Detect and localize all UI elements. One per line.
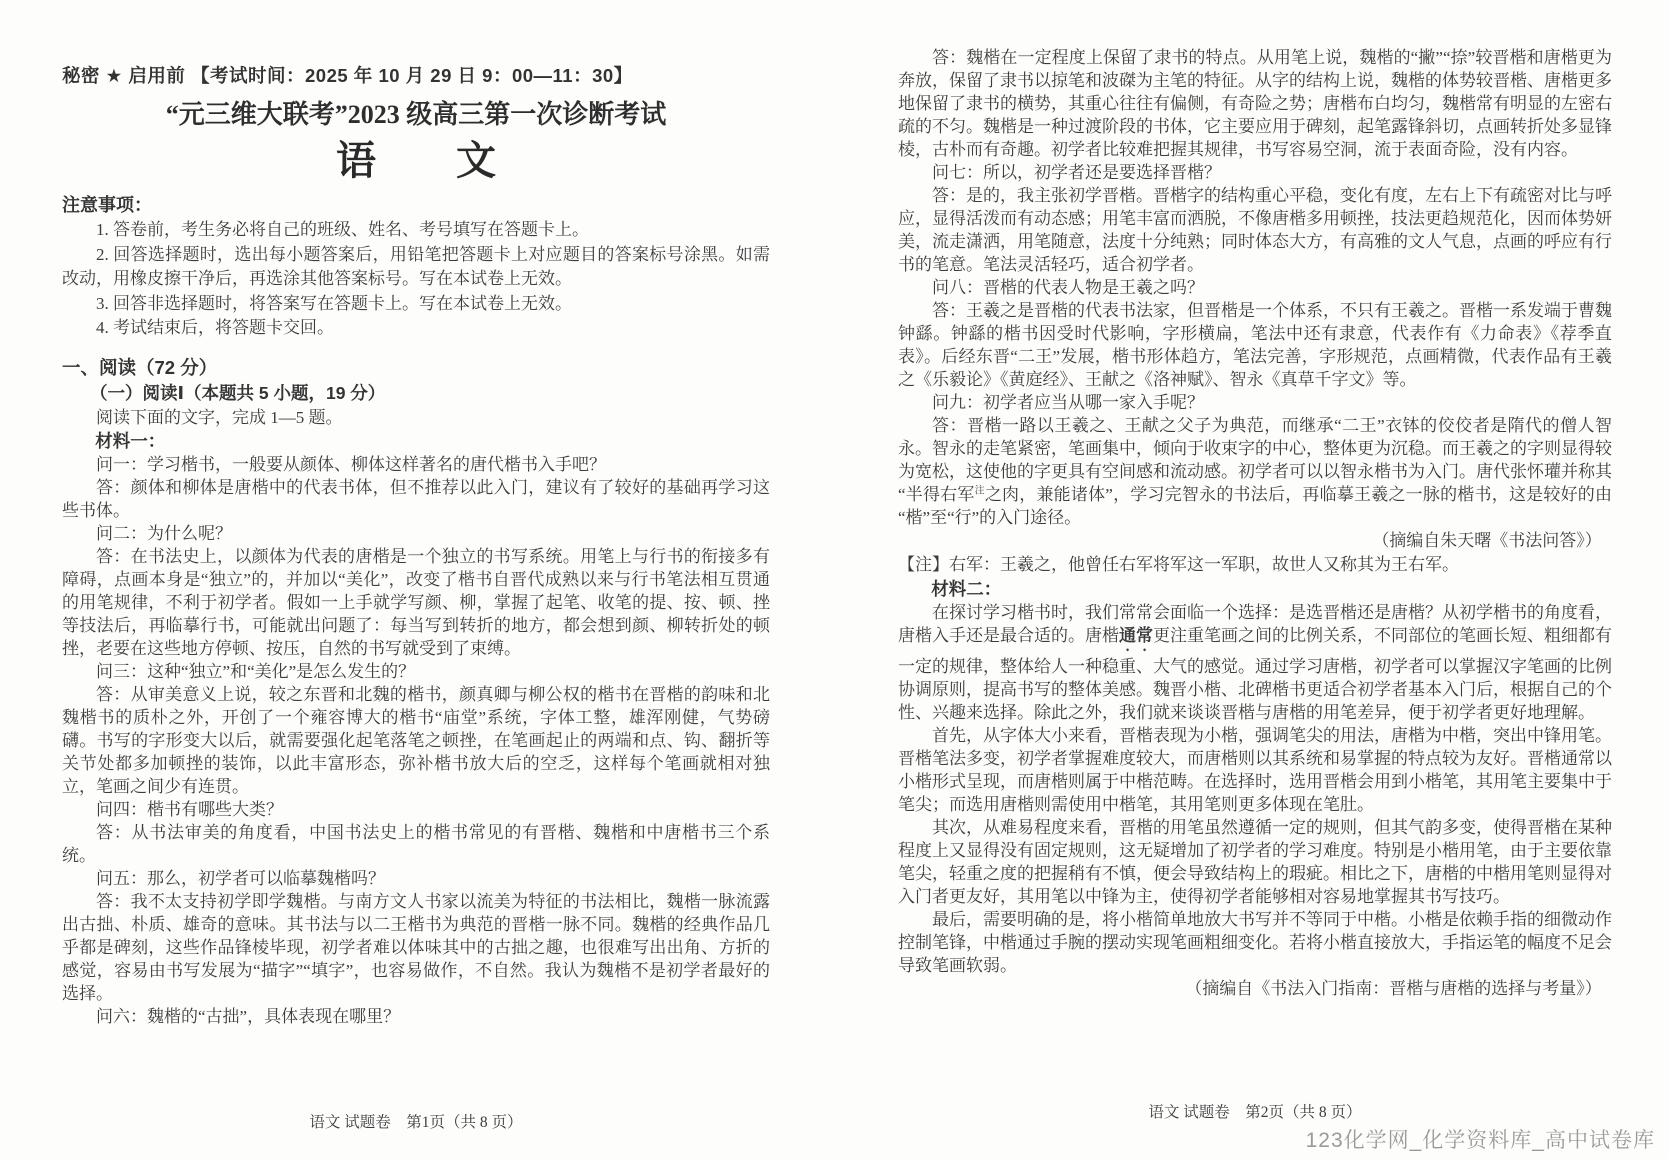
page-footer-page1: 语文 试题卷 第1页（共 8 页） bbox=[62, 1110, 770, 1132]
material-two-paragraph: 首先，从字体大小来看，晋楷表现为小楷，强调笔尖的用法，唐楷为中楷，突出中锋用笔。… bbox=[898, 724, 1612, 816]
notice-section: 注意事项： 1. 答卷前，考生务必将自己的班级、姓名、考号填写在答题卡上。2. … bbox=[62, 192, 770, 341]
exam-title: “元三维大联考”2023 级高三第一次诊断考试 bbox=[62, 98, 770, 132]
material-one-paragraph: 答：魏楷在一定程度上保留了隶书的特点。从用笔上说，魏楷的“撇”“捺”较晋楷和唐楷… bbox=[898, 46, 1612, 161]
material-one-paragraph: 问四：楷书有哪些大类？ bbox=[62, 798, 770, 821]
material-two-paragraph: 其次，从难易程度来看，晋楷的用笔虽然遵循一定的规则，但其气韵多变，使得晋楷在某种… bbox=[898, 816, 1612, 908]
notice-heading: 注意事项： bbox=[62, 192, 770, 218]
footnote-marker: 注 bbox=[975, 485, 985, 496]
notice-item: 2. 回答选择题时，选出每小题答案后，用铅笔把答题卡上对应题目的答案标号涂黑。如… bbox=[62, 243, 770, 292]
footnote-line: 【注】右军：王羲之，他曾任右军将军这一军职，故世人又称其为王右军。 bbox=[898, 553, 1612, 577]
subject-title: 语 文 bbox=[62, 136, 770, 186]
attribution-material-two: （摘编自《书法入门指南：晋楷与唐楷的选择与考量》） bbox=[898, 977, 1612, 1001]
material-two-paragraph: 最后，需要明确的是，将小楷简单地放大书写并不等同于中楷。小楷是依赖手指的细微动作… bbox=[898, 908, 1612, 977]
material-one-paragraph: 问三：这种“独立”和“美化”是怎么发生的？ bbox=[62, 660, 770, 683]
material-one-paragraph: 答：从书法审美的角度看，中国书法史上的楷书常见的有晋楷、魏楷和中唐楷书三个系统。 bbox=[62, 821, 770, 867]
material-one-body-continued: 答：魏楷在一定程度上保留了隶书的特点。从用笔上说，魏楷的“撇”“捺”较晋楷和唐楷… bbox=[898, 46, 1612, 529]
material-one-paragraph: 问一：学习楷书，一般要从颜体、柳体这样著名的唐代楷书入手吧？ bbox=[62, 453, 770, 476]
material-one-paragraph: 答：从审美意义上说，较之东晋和北魏的楷书，颜真卿与柳公权的楷书在晋楷的韵味和北魏… bbox=[62, 683, 770, 798]
material-one-paragraph: 问九：初学者应当从哪一家入手呢？ bbox=[898, 391, 1612, 414]
material-two-label: 材料二： bbox=[898, 577, 1612, 601]
material-one-paragraph: 答：在书法史上，以颜体为代表的唐楷是一个独立的书写系统。用笔上与行书的衔接多有障… bbox=[62, 545, 770, 660]
material-one-paragraph: 答：我不太支持初学即学魏楷。与南方文人书家以流美为特征的书法相比，魏楷一脉流露出… bbox=[62, 890, 770, 1005]
material-one-paragraph: 问八：晋楷的代表人物是王羲之吗？ bbox=[898, 276, 1612, 299]
material-one-paragraph: 问五：那么，初学者可以临摹魏楷吗？ bbox=[62, 867, 770, 890]
reading-instruction: 阅读下面的文字，完成 1—5 题。 bbox=[62, 406, 770, 429]
notice-item: 1. 答卷前，考生务必将自己的班级、姓名、考号填写在答题卡上。 bbox=[62, 218, 770, 243]
security-header: 秘密 ★ 启用前 【考试时间：2025 年 10 月 29 日 9：00—11：… bbox=[62, 64, 770, 88]
notice-item: 3. 回答非选择题时，将答案写在答题卡上。写在本试卷上无效。 bbox=[62, 292, 770, 317]
material-one-paragraph: 问六：魏楷的“古拙”，具体表现在哪里？ bbox=[62, 1005, 770, 1028]
exam-paper-page: 秘密 ★ 启用前 【考试时间：2025 年 10 月 29 日 9：00—11：… bbox=[0, 0, 1669, 1159]
material-one-label: 材料一： bbox=[62, 429, 770, 453]
watermark: 123化学网_化学资料库_高中试卷库 bbox=[1306, 1124, 1655, 1154]
left-column: 秘密 ★ 启用前 【考试时间：2025 年 10 月 29 日 9：00—11：… bbox=[62, 64, 770, 1028]
material-one-paragraph: 答：晋楷一路以王羲之、王献之父子为典范，而继承“二王”衣钵的佼佼者是隋代的僧人智… bbox=[898, 414, 1612, 529]
material-one-paragraph: 问七：所以，初学者还是要选择晋楷？ bbox=[898, 161, 1612, 184]
material-two-body: 在探讨学习楷书时，我们常常会面临一个选择：是选晋楷还是唐楷？从初学楷书的角度看，… bbox=[898, 601, 1612, 977]
material-two-paragraph: 在探讨学习楷书时，我们常常会面临一个选择：是选晋楷还是唐楷？从初学楷书的角度看，… bbox=[898, 601, 1612, 724]
subsection-heading-reading-1: （一）阅读Ⅰ（本题共 5 小题，19 分） bbox=[62, 381, 770, 406]
notice-list: 1. 答卷前，考生务必将自己的班级、姓名、考号填写在答题卡上。2. 回答选择题时… bbox=[62, 218, 770, 341]
emphasized-word: 通常 bbox=[1119, 626, 1153, 645]
page-footer-page2: 语文 试题卷 第2页（共 8 页） bbox=[898, 1100, 1612, 1122]
notice-item: 4. 考试结束后，将答题卡交回。 bbox=[62, 316, 770, 341]
material-one-paragraph: 答：王羲之是晋楷的代表书法家，但晋楷是一个体系，不只有王羲之。晋楷一系发端于曹魏… bbox=[898, 299, 1612, 391]
material-one-paragraph: 答：颜体和柳体是唐楷中的代表书体，但不推荐以此入门，建议有了较好的基础再学习这些… bbox=[62, 476, 770, 522]
right-column: 答：魏楷在一定程度上保留了隶书的特点。从用笔上说，魏楷的“撇”“捺”较晋楷和唐楷… bbox=[898, 46, 1612, 1001]
material-one-paragraph: 问二：为什么呢？ bbox=[62, 522, 770, 545]
section-heading-reading: 一、阅读（72 分） bbox=[62, 355, 770, 381]
material-one-paragraph: 答：是的，我主张初学晋楷。晋楷字的结构重心平稳，变化有度，左右上下有疏密对比与呼… bbox=[898, 184, 1612, 276]
material-one-body: 问一：学习楷书，一般要从颜体、柳体这样著名的唐代楷书入手吧？答：颜体和柳体是唐楷… bbox=[62, 453, 770, 1028]
attribution-material-one: （摘编自朱天曙《书法问答》） bbox=[898, 529, 1612, 553]
